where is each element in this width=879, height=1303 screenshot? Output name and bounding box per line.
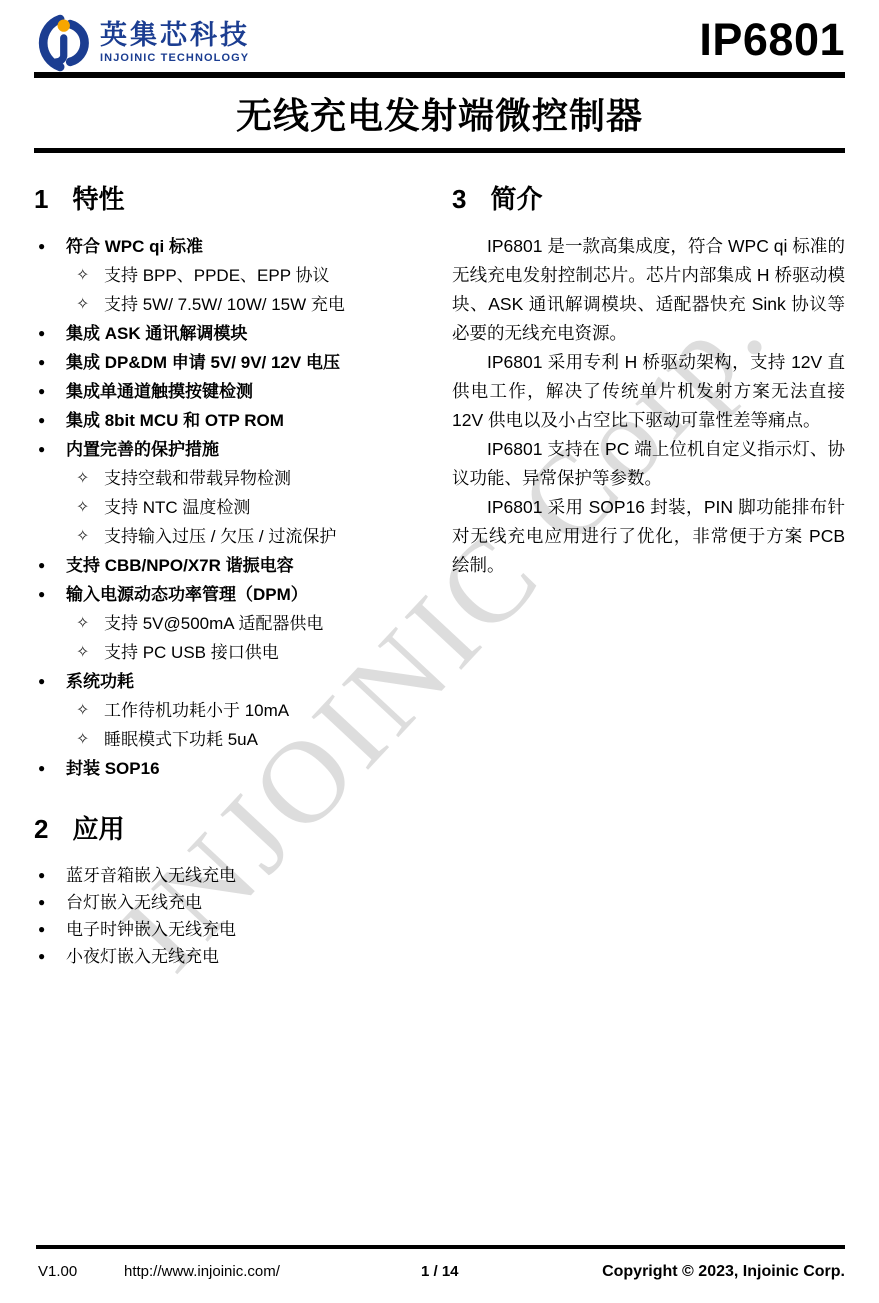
page-header: 英集芯科技 INJOINIC TECHNOLOGY IP6801 bbox=[0, 0, 879, 72]
feature-text: 支持 PC USB 接口供电 bbox=[104, 638, 279, 667]
page-number: 1 / 14 bbox=[421, 1263, 459, 1280]
feature-item: ✧睡眠模式下功耗 5uA bbox=[34, 725, 422, 754]
bullet-dot-icon: ● bbox=[38, 232, 66, 261]
bullet-dot-icon: ● bbox=[38, 348, 66, 377]
feature-text: 集成 8bit MCU 和 OTP ROM bbox=[66, 406, 284, 435]
intro-paragraph: IP6801 支持在 PC 端上位机自定义指示灯、协议功能、异常保护等参数。 bbox=[452, 435, 845, 493]
applications-list: ●蓝牙音箱嵌入无线充电●台灯嵌入无线充电●电子时钟嵌入无线充电●小夜灯嵌入无线充… bbox=[34, 862, 422, 970]
feature-item: ●集成 8bit MCU 和 OTP ROM bbox=[34, 406, 422, 435]
feature-item: ✧支持 5W/ 7.5W/ 10W/ 15W 充电 bbox=[34, 290, 422, 319]
application-text: 台灯嵌入无线充电 bbox=[66, 889, 202, 916]
brand-text: 英集芯科技 INJOINIC TECHNOLOGY bbox=[100, 22, 250, 64]
feature-text: 内置完善的保护措施 bbox=[66, 435, 219, 464]
bullet-dot-icon: ● bbox=[38, 377, 66, 406]
feature-item: ●系统功耗 bbox=[34, 667, 422, 696]
feature-text: 支持 CBB/NPO/X7R 谐振电容 bbox=[66, 551, 294, 580]
feature-item: ●符合 WPC qi 标准 bbox=[34, 232, 422, 261]
bullet-dot-icon: ● bbox=[38, 319, 66, 348]
application-item: ●小夜灯嵌入无线充电 bbox=[34, 943, 422, 970]
section-number: 3 bbox=[452, 184, 466, 215]
diamond-bullet-icon: ✧ bbox=[76, 522, 104, 551]
section-title: 简介 bbox=[490, 179, 542, 216]
diamond-bullet-icon: ✧ bbox=[76, 609, 104, 638]
intro-paragraph: IP6801 采用 SOP16 封装，PIN 脚功能排布针对无线充电应用进行了优… bbox=[452, 493, 845, 580]
features-heading: 1 特性 bbox=[34, 179, 422, 216]
applications-heading: 2 应用 bbox=[34, 809, 422, 846]
bullet-dot-icon: ● bbox=[38, 916, 66, 943]
website-url: http://www.injoinic.com/ bbox=[124, 1263, 280, 1280]
feature-item: ●封装 SOP16 bbox=[34, 754, 422, 783]
section-title: 应用 bbox=[72, 809, 124, 846]
right-column: 3 简介 IP6801 是一款高集成度，符合 WPC qi 标准的无线充电发射控… bbox=[452, 153, 845, 970]
intro-paragraph: IP6801 是一款高集成度，符合 WPC qi 标准的无线充电发射控制芯片。芯… bbox=[452, 232, 845, 348]
page-footer: V1.00 http://www.injoinic.com/ 1 / 14 Co… bbox=[36, 1245, 845, 1289]
bullet-dot-icon: ● bbox=[38, 862, 66, 889]
feature-text: 支持 5V@500mA 适配器供电 bbox=[104, 609, 323, 638]
feature-item: ✧支持 PC USB 接口供电 bbox=[34, 638, 422, 667]
feature-text: 集成 DP&DM 申请 5V/ 9V/ 12V 电压 bbox=[66, 348, 340, 377]
feature-text: 集成 ASK 通讯解调模块 bbox=[66, 319, 247, 348]
left-column: 1 特性 ●符合 WPC qi 标准✧支持 BPP、PPDE、EPP 协议✧支持… bbox=[34, 153, 422, 970]
feature-text: 输入电源动态功率管理（DPM） bbox=[66, 580, 308, 609]
section-title: 特性 bbox=[72, 179, 124, 216]
application-text: 蓝牙音箱嵌入无线充电 bbox=[66, 862, 236, 889]
injoinic-logo-icon bbox=[34, 14, 92, 72]
feature-text: 支持 5W/ 7.5W/ 10W/ 15W 充电 bbox=[104, 290, 345, 319]
intro-paragraph: IP6801 采用专利 H 桥驱动架构，支持 12V 直供电工作，解决了传统单片… bbox=[452, 348, 845, 435]
application-item: ●台灯嵌入无线充电 bbox=[34, 889, 422, 916]
bullet-dot-icon: ● bbox=[38, 943, 66, 970]
feature-item: ●输入电源动态功率管理（DPM） bbox=[34, 580, 422, 609]
feature-text: 支持输入过压 / 欠压 / 过流保护 bbox=[104, 522, 336, 551]
intro-paragraphs: IP6801 是一款高集成度，符合 WPC qi 标准的无线充电发射控制芯片。芯… bbox=[452, 232, 845, 580]
feature-text: 符合 WPC qi 标准 bbox=[66, 232, 203, 261]
document-title: 无线充电发射端微控制器 bbox=[0, 88, 879, 139]
feature-text: 睡眠模式下功耗 5uA bbox=[104, 725, 258, 754]
application-text: 电子时钟嵌入无线充电 bbox=[66, 916, 236, 943]
features-list: ●符合 WPC qi 标准✧支持 BPP、PPDE、EPP 协议✧支持 5W/ … bbox=[34, 232, 422, 783]
version-label: V1.00 bbox=[38, 1263, 77, 1280]
bullet-dot-icon: ● bbox=[38, 667, 66, 696]
header-rule bbox=[34, 72, 845, 78]
diamond-bullet-icon: ✧ bbox=[76, 261, 104, 290]
application-text: 小夜灯嵌入无线充电 bbox=[66, 943, 219, 970]
bullet-dot-icon: ● bbox=[38, 551, 66, 580]
product-name: IP6801 bbox=[699, 14, 845, 66]
feature-item: ●支持 CBB/NPO/X7R 谐振电容 bbox=[34, 551, 422, 580]
feature-item: ●集成单通道触摸按键检测 bbox=[34, 377, 422, 406]
feature-item: ✧支持空载和带载异物检测 bbox=[34, 464, 422, 493]
feature-item: ✧支持输入过压 / 欠压 / 过流保护 bbox=[34, 522, 422, 551]
feature-text: 工作待机功耗小于 10mA bbox=[104, 696, 289, 725]
intro-heading: 3 简介 bbox=[452, 179, 845, 216]
feature-item: ✧工作待机功耗小于 10mA bbox=[34, 696, 422, 725]
feature-text: 封装 SOP16 bbox=[66, 754, 160, 783]
brand-name-cn: 英集芯科技 bbox=[100, 22, 250, 49]
diamond-bullet-icon: ✧ bbox=[76, 696, 104, 725]
feature-text: 集成单通道触摸按键检测 bbox=[66, 377, 253, 406]
copyright-text: Copyright © 2023, Injoinic Corp. bbox=[602, 1263, 845, 1281]
application-item: ●电子时钟嵌入无线充电 bbox=[34, 916, 422, 943]
feature-item: ●集成 DP&DM 申请 5V/ 9V/ 12V 电压 bbox=[34, 348, 422, 377]
diamond-bullet-icon: ✧ bbox=[76, 290, 104, 319]
feature-item: ●集成 ASK 通讯解调模块 bbox=[34, 319, 422, 348]
application-item: ●蓝牙音箱嵌入无线充电 bbox=[34, 862, 422, 889]
feature-item: ✧支持 5V@500mA 适配器供电 bbox=[34, 609, 422, 638]
diamond-bullet-icon: ✧ bbox=[76, 638, 104, 667]
brand-name-en: INJOINIC TECHNOLOGY bbox=[100, 53, 250, 64]
datasheet-page: INJOINIC Corp. 英集芯科技 INJOINIC TECHNOLOGY bbox=[0, 0, 879, 1303]
feature-text: 系统功耗 bbox=[66, 667, 134, 696]
diamond-bullet-icon: ✧ bbox=[76, 725, 104, 754]
bullet-dot-icon: ● bbox=[38, 754, 66, 783]
bullet-dot-icon: ● bbox=[38, 435, 66, 464]
company-logo: 英集芯科技 INJOINIC TECHNOLOGY bbox=[34, 14, 250, 72]
section-number: 2 bbox=[34, 814, 48, 845]
bullet-dot-icon: ● bbox=[38, 406, 66, 435]
diamond-bullet-icon: ✧ bbox=[76, 464, 104, 493]
section-number: 1 bbox=[34, 184, 48, 215]
feature-text: 支持 BPP、PPDE、EPP 协议 bbox=[104, 261, 329, 290]
bullet-dot-icon: ● bbox=[38, 580, 66, 609]
main-columns: 1 特性 ●符合 WPC qi 标准✧支持 BPP、PPDE、EPP 协议✧支持… bbox=[34, 153, 845, 970]
feature-item: ✧支持 NTC 温度检测 bbox=[34, 493, 422, 522]
feature-item: ✧支持 BPP、PPDE、EPP 协议 bbox=[34, 261, 422, 290]
feature-text: 支持 NTC 温度检测 bbox=[104, 493, 250, 522]
feature-text: 支持空载和带载异物检测 bbox=[104, 464, 291, 493]
feature-item: ●内置完善的保护措施 bbox=[34, 435, 422, 464]
bullet-dot-icon: ● bbox=[38, 889, 66, 916]
diamond-bullet-icon: ✧ bbox=[76, 493, 104, 522]
